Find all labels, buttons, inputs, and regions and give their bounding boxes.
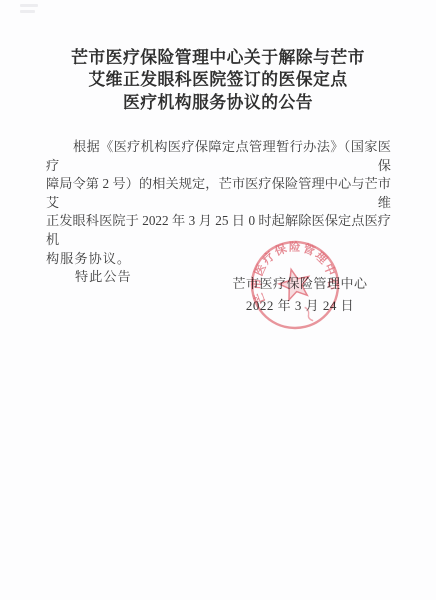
- scan-artifact: [20, 10, 35, 13]
- title-line-2: 艾维正发眼科医院签订的医保定点: [0, 69, 436, 91]
- title-line-3: 医疗机构服务协议的公告: [0, 92, 436, 114]
- body-line-3: 正发眼科医院于 2022 年 3 月 25 日 0 时起解除医保定点医疗机: [46, 212, 391, 249]
- body-line-1: 根据《医疗机构医疗保障定点管理暂行办法》（国家医疗保: [46, 138, 391, 175]
- page-title: 芒市医疗保险管理中心关于解除与芒市 艾维正发眼科医院签订的医保定点 医疗机构服务…: [0, 47, 436, 114]
- body-line-2: 障局令第 2 号）的相关规定，芒市医疗保险管理中心与芒市艾维: [46, 175, 391, 212]
- announcement-document: 芒市医疗保险管理中心关于解除与芒市 艾维正发眼科医院签订的医保定点 医疗机构服务…: [0, 0, 436, 600]
- title-line-1: 芒市医疗保险管理中心关于解除与芒市: [0, 47, 436, 69]
- seal-star-icon: [276, 266, 312, 301]
- scan-artifact: [20, 4, 38, 7]
- seal-ink-mark: [305, 306, 313, 322]
